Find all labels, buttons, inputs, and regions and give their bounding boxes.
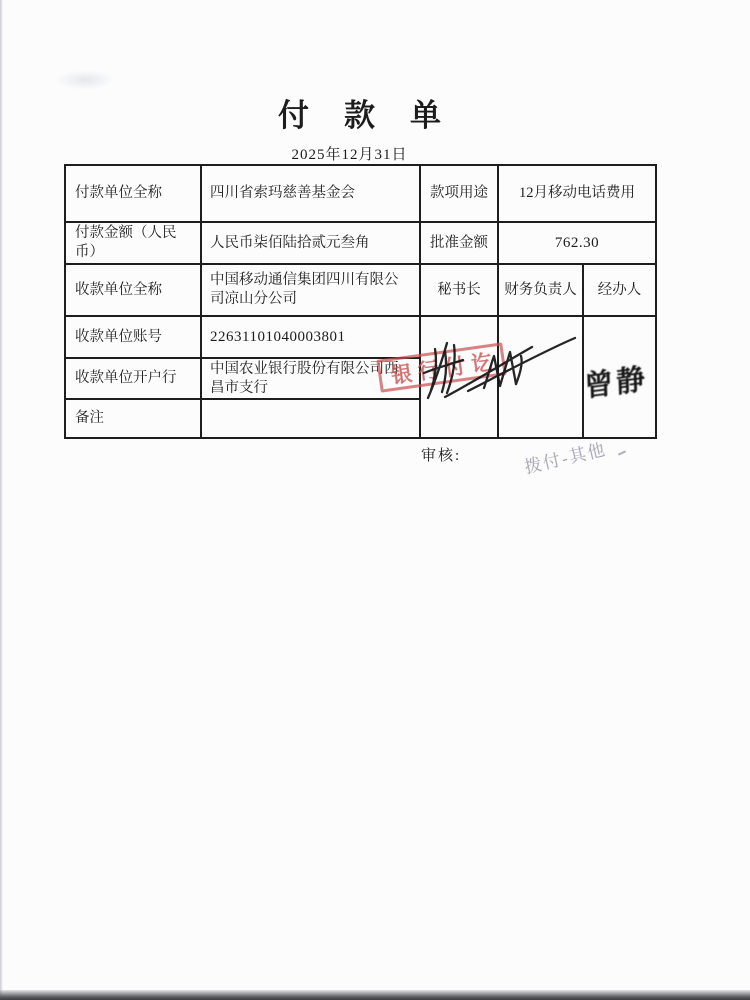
payee-name-value: 中国移动通信集团四川有限公司凉山分公司 <box>202 265 421 317</box>
finance-manager-signature-cell <box>499 317 584 437</box>
payee-account-value: 22631101040003801 <box>202 317 421 359</box>
payment-voucher-page: 付 款 单 2025年12月31日 付款单位全称 四川省索玛慈善基金会 款项用途… <box>0 0 750 1000</box>
payee-name-label: 收款单位全称 <box>66 265 202 317</box>
handler-signature-handwriting: 曾静 <box>584 356 655 406</box>
scan-bottom-edge <box>0 990 750 1000</box>
voucher-table: 付款单位全称 四川省索玛慈善基金会 款项用途 12月移动电话费用 付款金额（人民… <box>64 164 657 439</box>
amount-words-value: 人民币柒佰陆拾贰元叁角 <box>202 223 421 265</box>
payee-bank-label: 收款单位开户行 <box>66 359 202 400</box>
purpose-value: 12月移动电话费用 <box>499 166 655 223</box>
amount-words-label: 付款金额（人民币） <box>66 223 202 265</box>
voucher-date: 2025年12月31日 <box>53 143 646 164</box>
remarks-label: 备注 <box>66 400 202 437</box>
page-title: 付 款 单 <box>64 90 657 135</box>
finance-manager-header: 财务负责人 <box>499 265 584 317</box>
payee-account-label: 收款单位账号 <box>66 317 202 359</box>
approved-amount-value: 762.30 <box>499 223 655 265</box>
secretary-general-header: 秘书长 <box>421 265 499 317</box>
approved-amount-label: 批准金额 <box>421 223 499 265</box>
scan-left-edge <box>0 0 3 1000</box>
purpose-label: 款项用途 <box>421 166 499 223</box>
handler-header: 经办人 <box>584 265 655 317</box>
audit-label: 审核: <box>421 444 461 465</box>
payer-name-label: 付款单位全称 <box>66 166 202 223</box>
remarks-value <box>202 400 421 437</box>
scan-smudge <box>55 70 115 90</box>
payer-name-value: 四川省索玛慈善基金会 <box>202 166 421 223</box>
